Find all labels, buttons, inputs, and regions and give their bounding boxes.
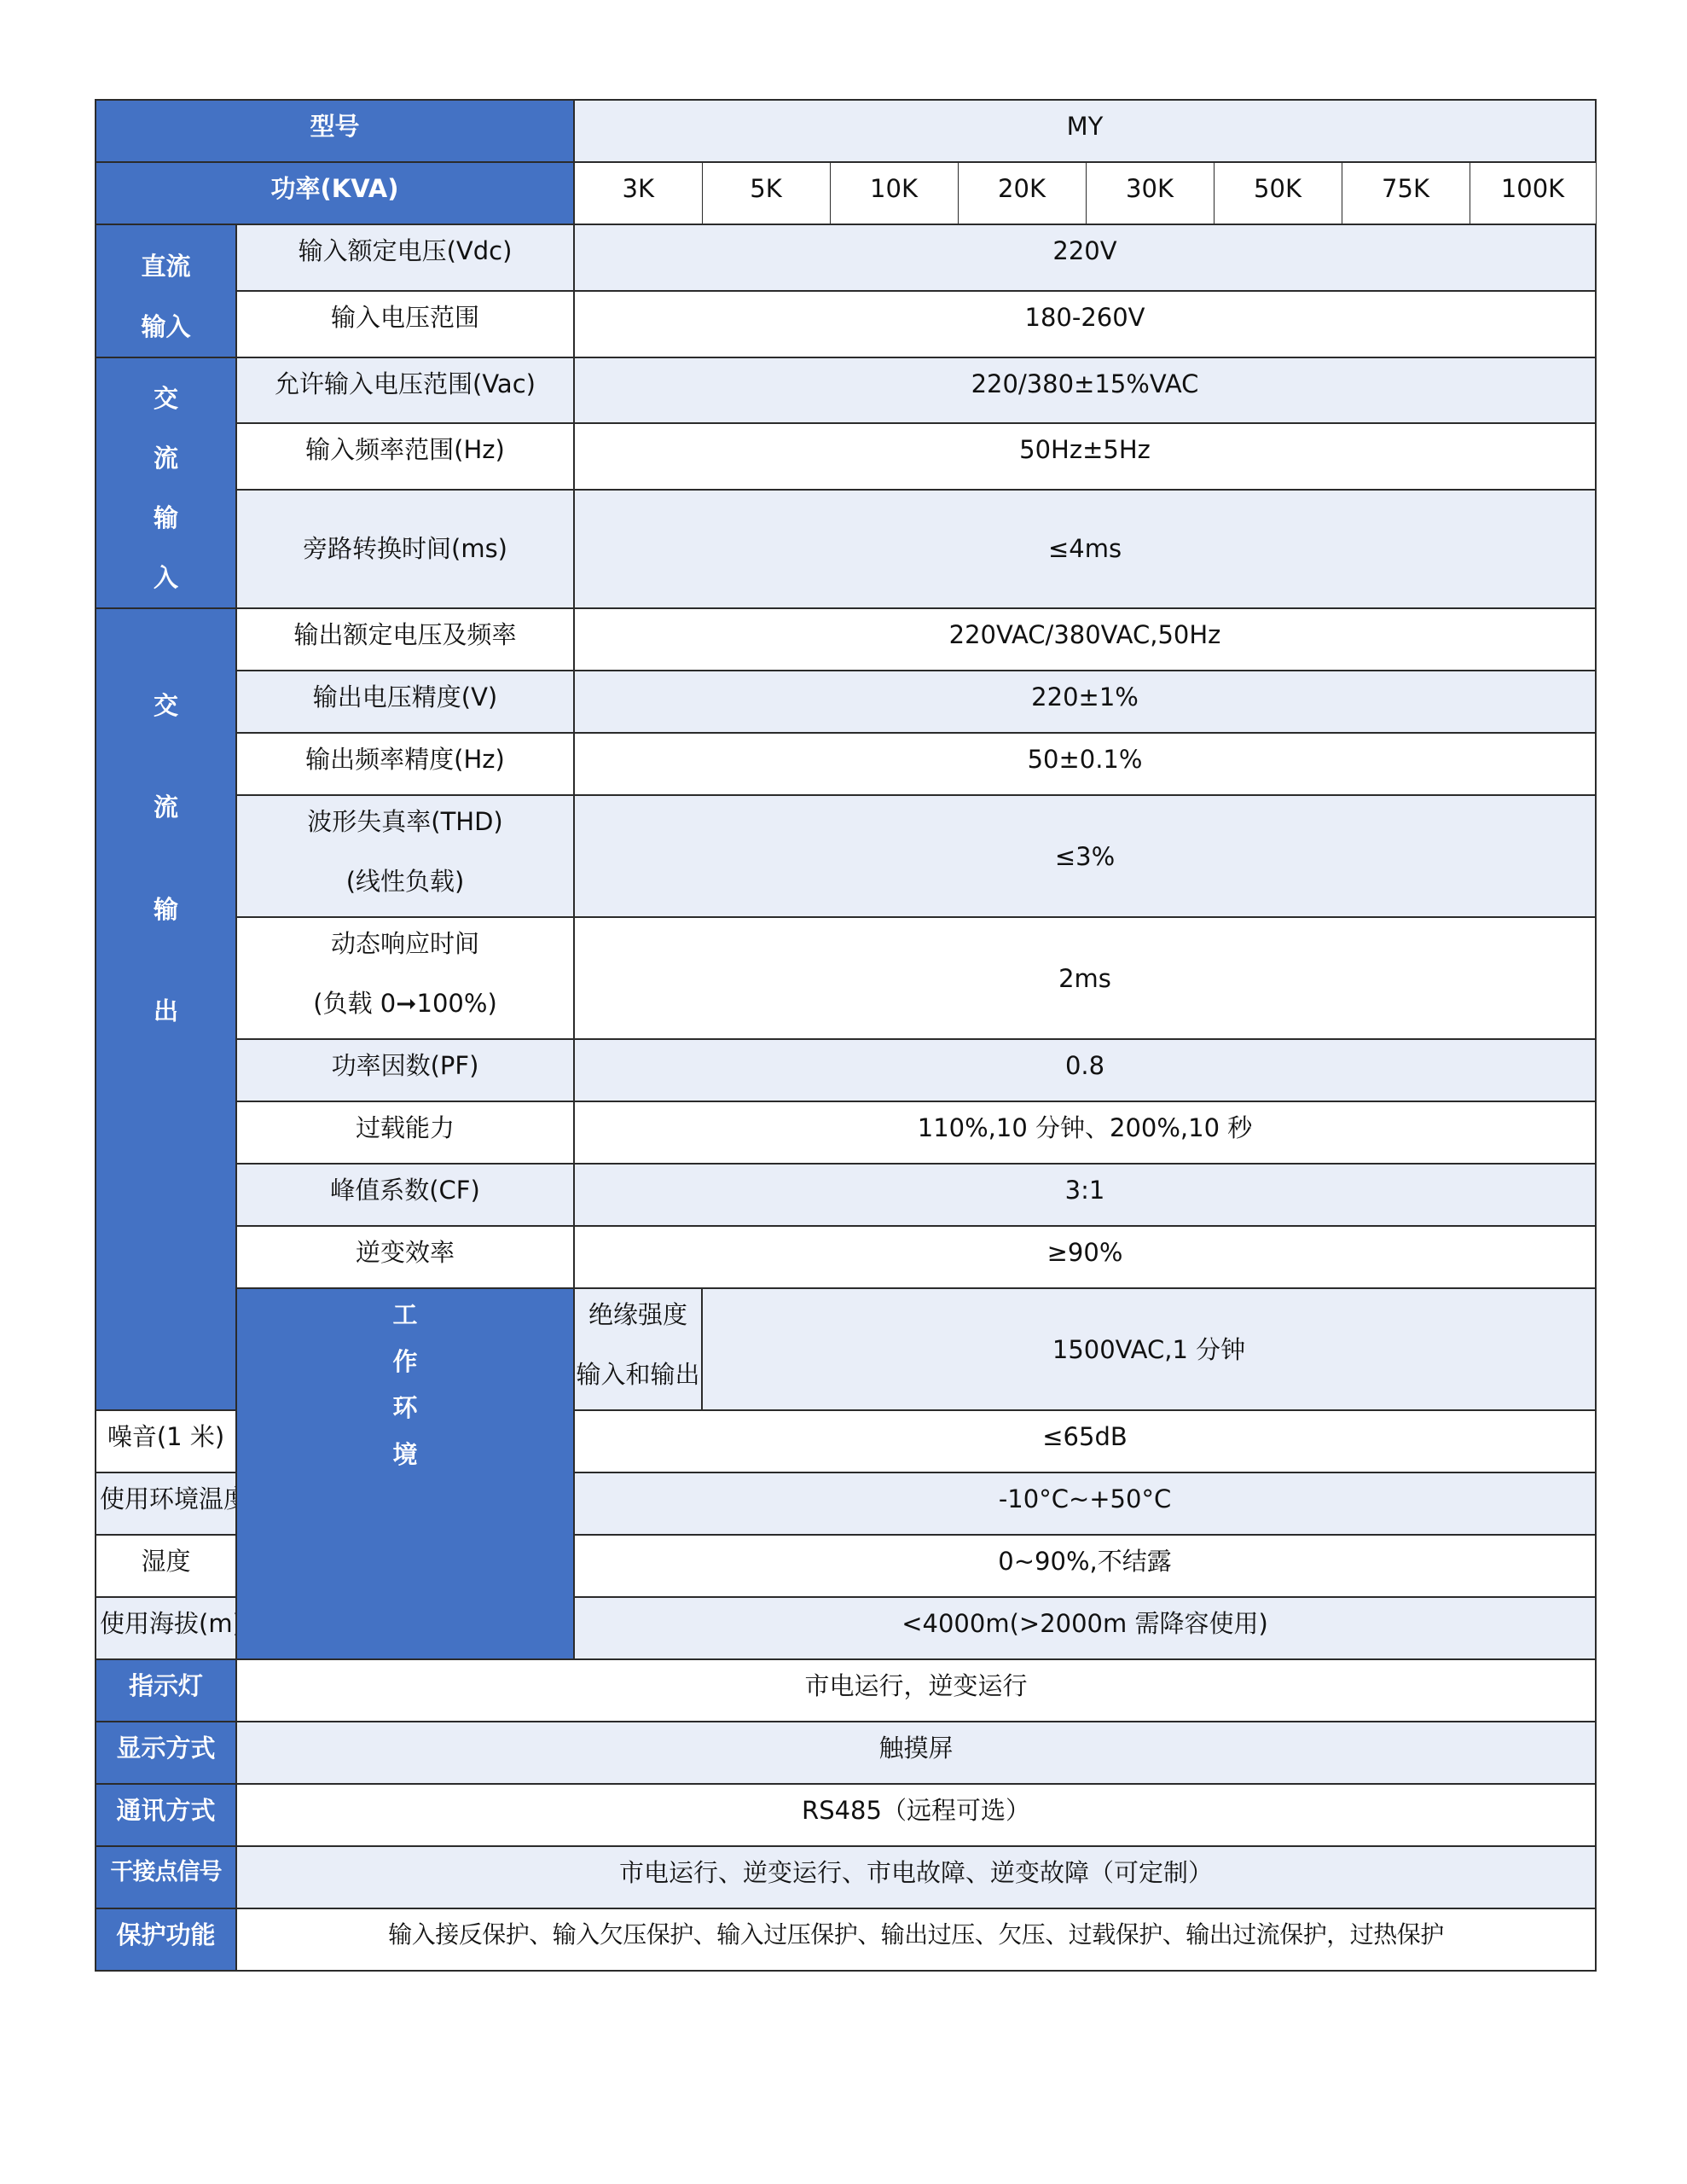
protection-value: 输入接反保护、输入欠压保护、输入过压保护、输出过压、欠压、过载保护、输出过流保护…: [236, 1908, 1596, 1971]
comm-label: 通讯方式: [96, 1784, 236, 1846]
model-label: 型号: [96, 100, 574, 162]
table-row: 输入电压范围 180-260V: [96, 291, 1596, 357]
indicator-value: 市电运行，逆变运行: [236, 1659, 1596, 1722]
param-label: 过载能力: [236, 1101, 574, 1164]
param-label: 逆变效率: [236, 1226, 574, 1288]
param-value: 2ms: [574, 917, 1596, 1039]
table-row: 保护功能 输入接反保护、输入欠压保护、输入过压保护、输出过压、欠压、过载保护、输…: [96, 1908, 1596, 1971]
table-row: 旁路转换时间(ms) ≤4ms: [96, 490, 1596, 608]
param-label: 旁路转换时间(ms): [236, 490, 574, 608]
param-value: 50Hz±5Hz: [574, 423, 1596, 489]
param-label: 绝缘强度 (输入和输出): [574, 1288, 702, 1410]
param-value: ≤3%: [574, 795, 1596, 917]
param-value: ≤4ms: [574, 490, 1596, 608]
param-label: 输出频率精度(Hz): [236, 733, 574, 795]
param-value: <4000m(>2000m 需降容使用): [574, 1597, 1596, 1659]
param-label: 使用海拔(m): [96, 1597, 236, 1659]
power-20k: 20K: [958, 162, 1086, 224]
param-value: 0~90%,不结露: [574, 1535, 1596, 1597]
param-label: 输出额定电压及频率: [236, 608, 574, 671]
table-row: 功率因数(PF) 0.8: [96, 1039, 1596, 1101]
table-row: 动态响应时间 (负载 0➞100%) 2ms: [96, 917, 1596, 1039]
power-5k: 5K: [702, 162, 830, 224]
table-row: 峰值系数(CF) 3:1: [96, 1164, 1596, 1226]
param-value: 0.8: [574, 1039, 1596, 1101]
table-row: 显示方式 触摸屏: [96, 1722, 1596, 1784]
display-value: 触摸屏: [236, 1722, 1596, 1784]
power-row: 功率(KVA) 3K 5K 10K 20K 30K 50K 75K 100K: [96, 162, 1596, 224]
table-row: 逆变效率 ≥90%: [96, 1226, 1596, 1288]
param-value: 1500VAC,1 分钟: [702, 1288, 1596, 1410]
protection-label: 保护功能: [96, 1908, 236, 1971]
param-value: 50±0.1%: [574, 733, 1596, 795]
power-100k: 100K: [1470, 162, 1596, 224]
param-value: 3:1: [574, 1164, 1596, 1226]
param-label: 输出电压精度(V): [236, 671, 574, 733]
power-50k: 50K: [1214, 162, 1342, 224]
table-row: 交 流 输 入 允许输入电压范围(Vac) 220/380±15%VAC: [96, 357, 1596, 423]
param-value: 220/380±15%VAC: [574, 357, 1596, 423]
group-ac-output: 交 流 输 出: [96, 608, 236, 1410]
power-10k: 10K: [830, 162, 958, 224]
table-row: 输入频率范围(Hz) 50Hz±5Hz: [96, 423, 1596, 489]
param-value: 180-260V: [574, 291, 1596, 357]
param-value: ≥90%: [574, 1226, 1596, 1288]
param-value: 220±1%: [574, 671, 1596, 733]
power-3k: 3K: [574, 162, 702, 224]
power-label: 功率(KVA): [96, 162, 574, 224]
param-label: 噪音(1 米): [96, 1410, 236, 1472]
param-label: 峰值系数(CF): [236, 1164, 574, 1226]
comm-value: RS485（远程可选）: [236, 1784, 1596, 1846]
group-dc-input: 直流 输入: [96, 224, 236, 357]
param-label: 输入频率范围(Hz): [236, 423, 574, 489]
table-row: 工 作 环 境 绝缘强度 (输入和输出) 1500VAC,1 分钟: [96, 1288, 1596, 1410]
param-value: ≤65dB: [574, 1410, 1596, 1472]
param-value: 220VAC/380VAC,50Hz: [574, 608, 1596, 671]
param-label: 功率因数(PF): [236, 1039, 574, 1101]
power-30k: 30K: [1086, 162, 1214, 224]
param-label: 动态响应时间 (负载 0➞100%): [236, 917, 574, 1039]
param-label: 允许输入电压范围(Vac): [236, 357, 574, 423]
display-label: 显示方式: [96, 1722, 236, 1784]
spec-table: 型号 MY 功率(KVA) 3K 5K 10K 20K 30K 50K 75K …: [95, 99, 1597, 1972]
param-label: 波形失真率(THD) (线性负载): [236, 795, 574, 917]
table-row: 干接点信号 市电运行、逆变运行、市电故障、逆变故障（可定制）: [96, 1846, 1596, 1908]
table-row: 直流 输入 输入额定电压(Vdc) 220V: [96, 224, 1596, 291]
param-value: -10°C~+50°C: [574, 1472, 1596, 1535]
table-row: 波形失真率(THD) (线性负载) ≤3%: [96, 795, 1596, 917]
table-row: 过载能力 110%,10 分钟、200%,10 秒: [96, 1101, 1596, 1164]
dry-contact-value: 市电运行、逆变运行、市电故障、逆变故障（可定制）: [236, 1846, 1596, 1908]
group-environment: 工 作 环 境: [236, 1288, 574, 1659]
table-row: 指示灯 市电运行，逆变运行: [96, 1659, 1596, 1722]
model-row: 型号 MY: [96, 100, 1596, 162]
table-row: 输出频率精度(Hz) 50±0.1%: [96, 733, 1596, 795]
group-ac-input: 交 流 输 入: [96, 357, 236, 608]
table-row: 输出电压精度(V) 220±1%: [96, 671, 1596, 733]
param-label: 使用环境温度: [96, 1472, 236, 1535]
table-row: 交 流 输 出 输出额定电压及频率 220VAC/380VAC,50Hz: [96, 608, 1596, 671]
param-value: 110%,10 分钟、200%,10 秒: [574, 1101, 1596, 1164]
param-label: 输入额定电压(Vdc): [236, 224, 574, 291]
power-75k: 75K: [1342, 162, 1470, 224]
param-label: 输入电压范围: [236, 291, 574, 357]
dry-contact-label: 干接点信号: [96, 1846, 236, 1908]
indicator-label: 指示灯: [96, 1659, 236, 1722]
param-value: 220V: [574, 224, 1596, 291]
param-label: 湿度: [96, 1535, 236, 1597]
table-row: 通讯方式 RS485（远程可选）: [96, 1784, 1596, 1846]
model-value: MY: [574, 100, 1596, 162]
